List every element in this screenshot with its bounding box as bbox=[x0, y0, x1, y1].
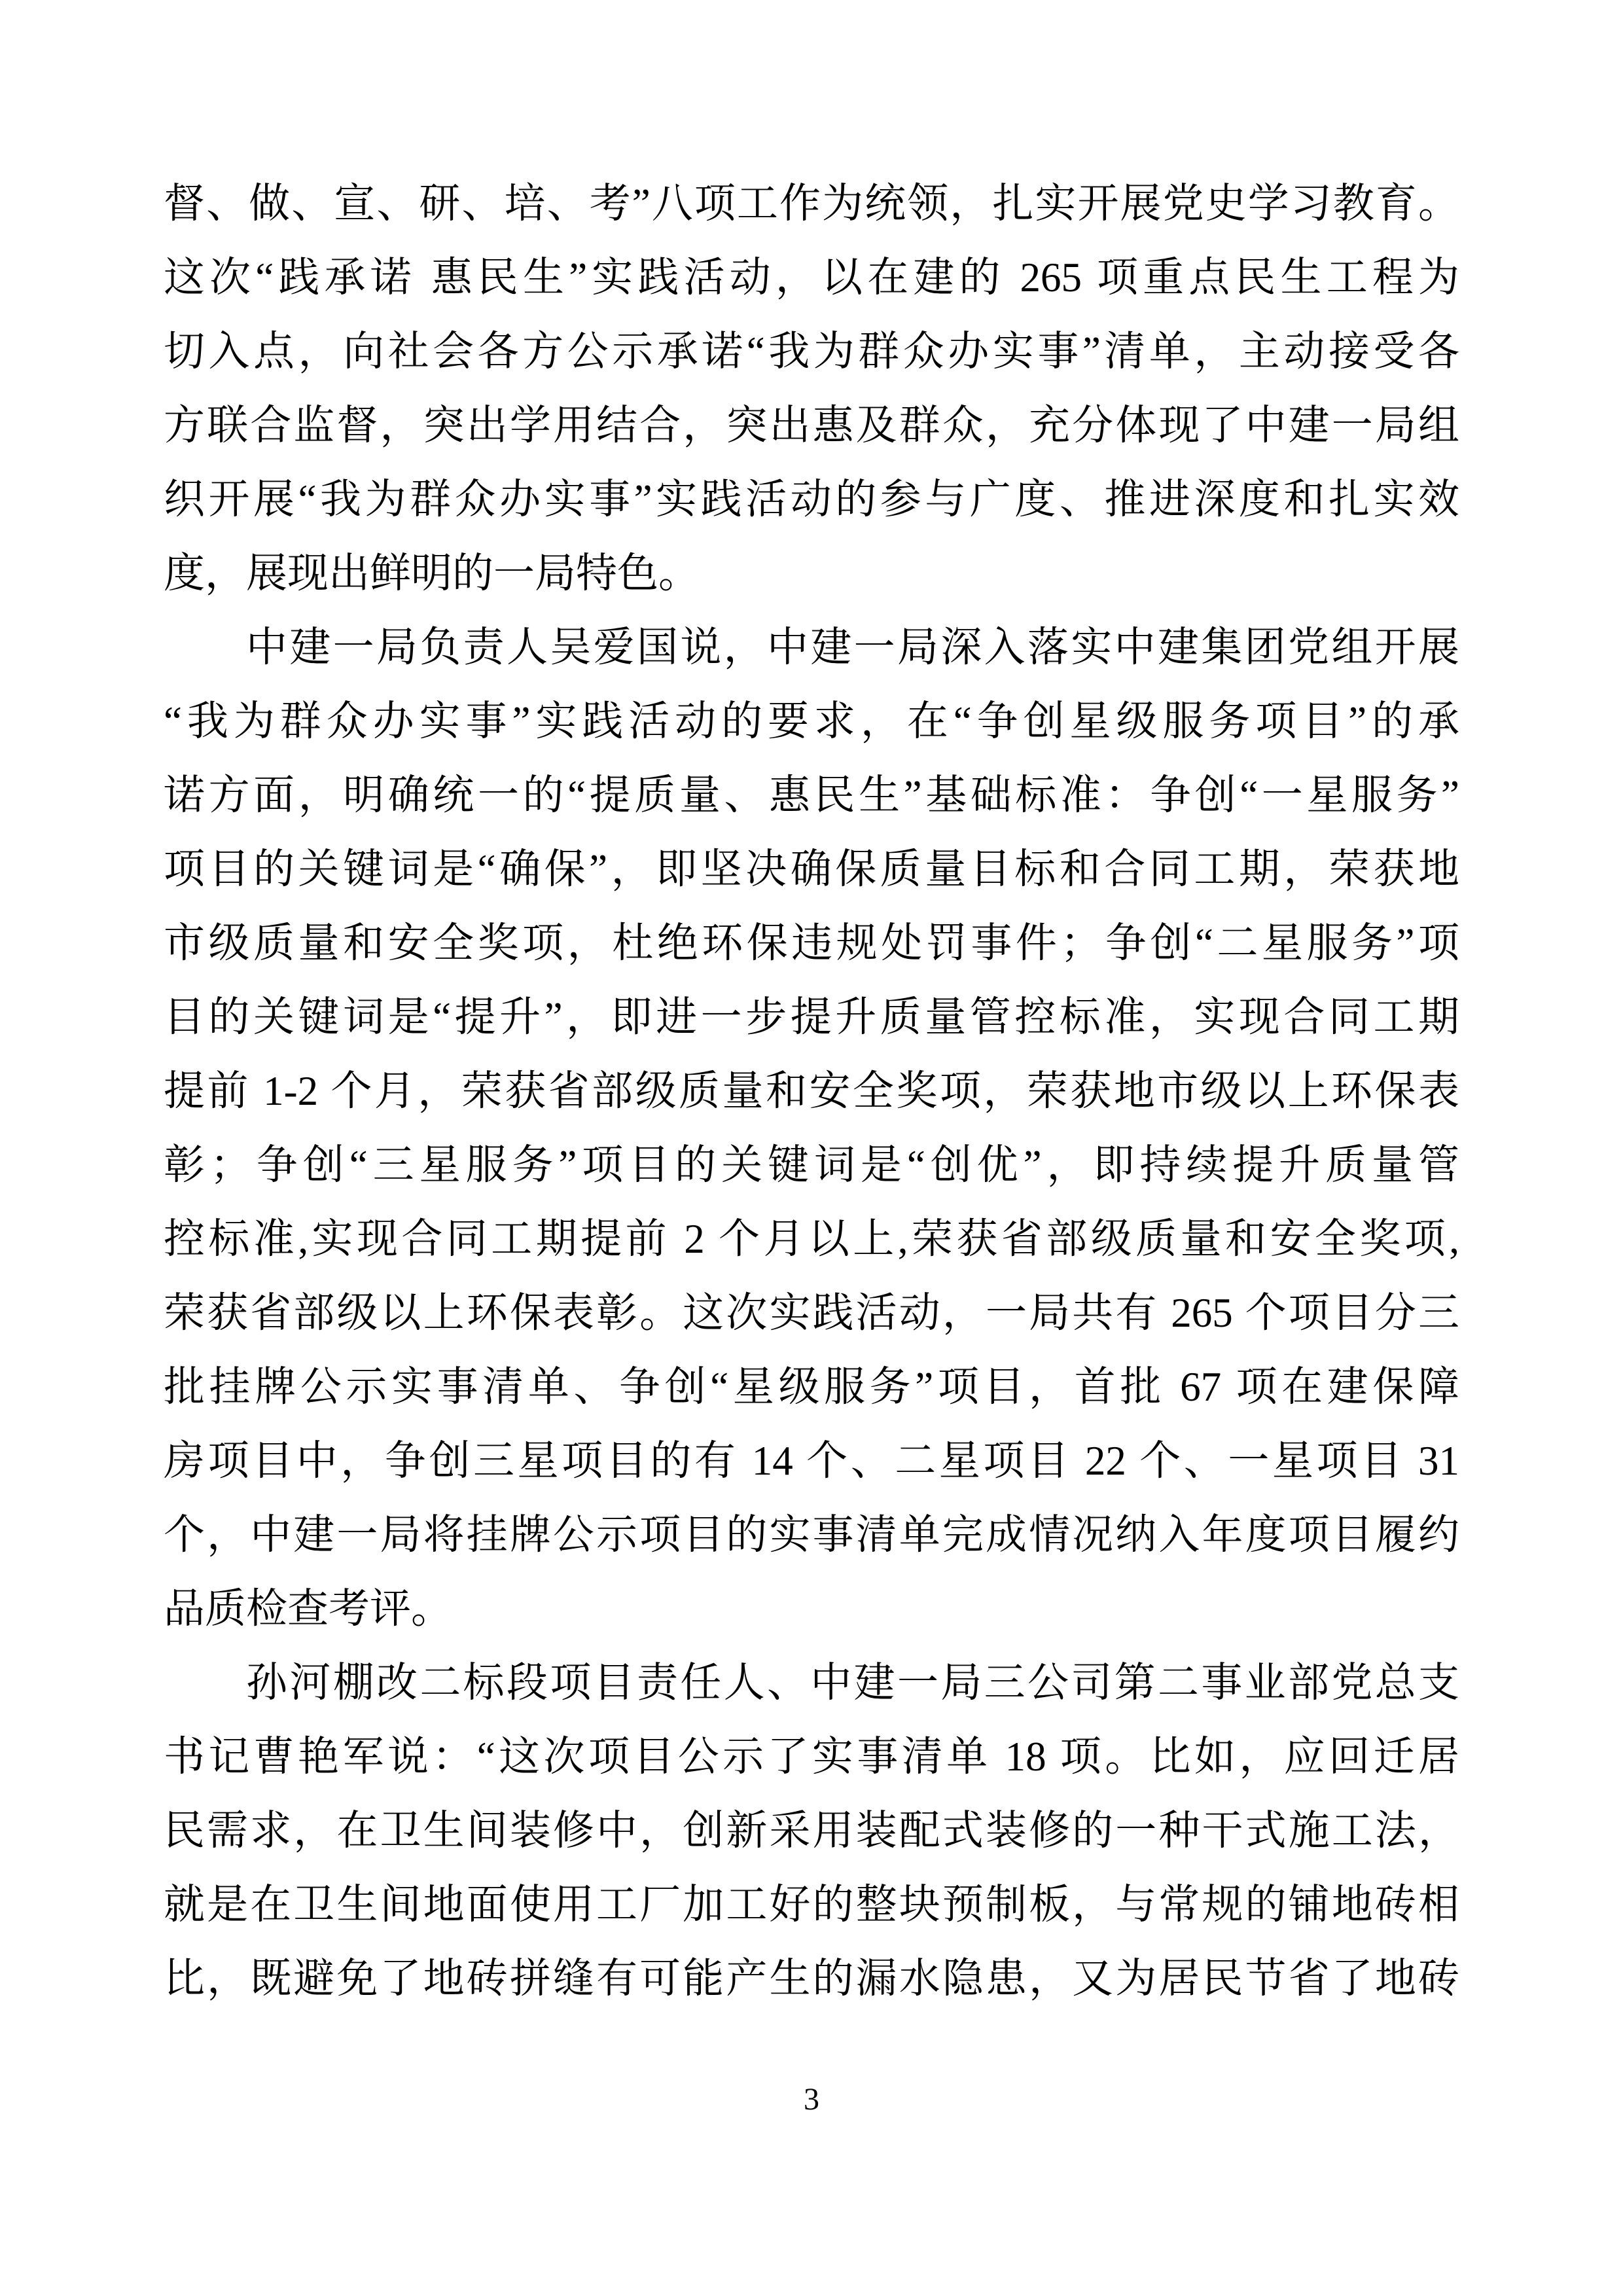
paragraph: 中建一局负责人吴爱国说，中建一局深入落实中建集团党组开展“我为群众办实事”实践活… bbox=[164, 611, 1459, 1646]
paragraph: 督、做、宣、研、培、考”八项工作为统领，扎实开展党史学习教育。这次“践承诺 惠民… bbox=[164, 167, 1459, 611]
text-line: 民需求，在卫生间装修中，创新采用装配式装修的一种干式施工法， bbox=[164, 1794, 1459, 1868]
page-number: 3 bbox=[804, 2082, 819, 2117]
text-line: 项目的关键词是“确保”，即坚决确保质量目标和合同工期，荣获地 bbox=[164, 833, 1459, 906]
text-line: 督、做、宣、研、培、考”八项工作为统领，扎实开展党史学习教育。 bbox=[164, 167, 1459, 241]
text-line: “我为群众办实事”实践活动的要求，在“争创星级服务项目”的承 bbox=[164, 685, 1459, 759]
text-line: 书记曹艳军说：“这次项目公示了实事清单 18 项。比如，应回迁居 bbox=[164, 1720, 1459, 1794]
text-line: 孙河棚改二标段项目责任人、中建一局三公司第二事业部党总支 bbox=[164, 1646, 1459, 1720]
text-line: 比，既避免了地砖拼缝有可能产生的漏水隐患，又为居民节省了地砖 bbox=[164, 1942, 1459, 2016]
text-line: 控标准,实现合同工期提前 2 个月以上,荣获省部级质量和安全奖项, bbox=[164, 1202, 1459, 1276]
paragraph: 孙河棚改二标段项目责任人、中建一局三公司第二事业部党总支书记曹艳军说：“这次项目… bbox=[164, 1646, 1459, 2016]
text-line: 诺方面，明确统一的“提质量、惠民生”基础标准：争创“一星服务” bbox=[164, 759, 1459, 833]
text-line: 提前 1-2 个月，荣获省部级质量和安全奖项，荣获地市级以上环保表 bbox=[164, 1054, 1459, 1128]
text-line: 中建一局负责人吴爱国说，中建一局深入落实中建集团党组开展 bbox=[164, 611, 1459, 685]
text-line: 度，展现出鲜明的一局特色。 bbox=[164, 537, 1459, 611]
text-line: 房项目中，争创三星项目的有 14 个、二星项目 22 个、一星项目 31 bbox=[164, 1424, 1459, 1498]
text-content: 督、做、宣、研、培、考”八项工作为统领，扎实开展党史学习教育。这次“践承诺 惠民… bbox=[164, 167, 1459, 2016]
text-line: 个，中建一局将挂牌公示项目的实事清单完成情况纳入年度项目履约 bbox=[164, 1498, 1459, 1572]
text-line: 织开展“我为群众办实事”实践活动的参与广度、推进深度和扎实效 bbox=[164, 463, 1459, 537]
page-footer: 3 bbox=[0, 2081, 1623, 2118]
text-line: 彰；争创“三星服务”项目的关键词是“创优”，即持续提升质量管 bbox=[164, 1128, 1459, 1202]
text-line: 切入点，向社会各方公示承诺“我为群众办实事”清单，主动接受各 bbox=[164, 315, 1459, 389]
text-line: 方联合监督，突出学用结合，突出惠及群众，充分体现了中建一局组 bbox=[164, 389, 1459, 463]
text-line: 荣获省部级以上环保表彰。这次实践活动，一局共有 265 个项目分三 bbox=[164, 1276, 1459, 1350]
text-line: 批挂牌公示实事清单、争创“星级服务”项目，首批 67 项在建保障 bbox=[164, 1350, 1459, 1424]
text-line: 这次“践承诺 惠民生”实践活动，以在建的 265 项重点民生工程为 bbox=[164, 241, 1459, 315]
text-line: 品质检查考评。 bbox=[164, 1572, 1459, 1646]
text-line: 市级质量和安全奖项，杜绝环保违规处罚事件；争创“二星服务”项 bbox=[164, 906, 1459, 980]
document-page: 督、做、宣、研、培、考”八项工作为统领，扎实开展党史学习教育。这次“践承诺 惠民… bbox=[0, 0, 1623, 2296]
text-line: 目的关键词是“提升”，即进一步提升质量管控标准，实现合同工期 bbox=[164, 980, 1459, 1054]
text-line: 就是在卫生间地面使用工厂加工好的整块预制板，与常规的铺地砖相 bbox=[164, 1868, 1459, 1942]
